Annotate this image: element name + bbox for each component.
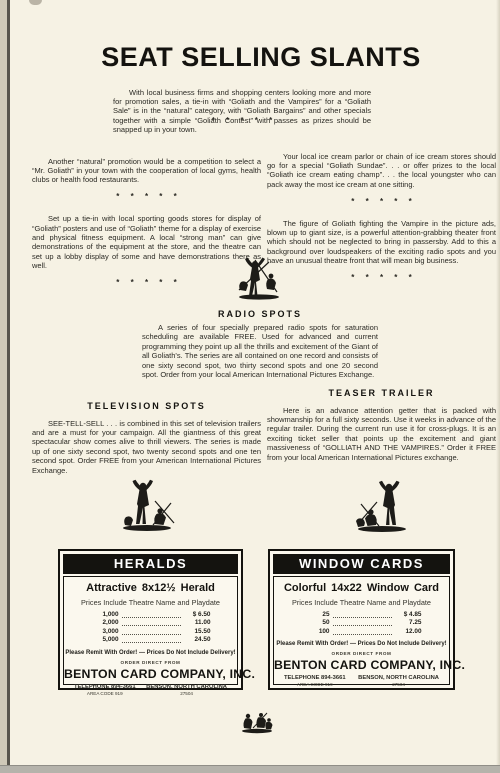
goliath-rock-illustration [267, 479, 496, 540]
heralds-subtitle: Attractive 8x12½ Herald [64, 582, 237, 594]
window-cards-box: WINDOW CARDS Colorful 14x22 Window Card … [268, 549, 455, 690]
area-code: AREA CODE 919 [74, 691, 136, 696]
company-contacts: TELEPHONE 894-3661 AREA CODE 919 BENSON,… [274, 675, 449, 687]
heralds-price-table: 1,000 $ 6.50 2,000 11.00 3,000 15.50 5,0… [91, 611, 211, 645]
price-row: 5,000 24.50 [91, 636, 211, 644]
page-binding-line [7, 0, 10, 773]
price-row: 3,000 15.50 [91, 628, 211, 636]
page-right-shadow [496, 0, 500, 773]
company-name: BENTON CARD COMPANY, INC. [64, 667, 237, 681]
address-block: BENSON, NORTH CAROLINA 27504 [358, 675, 439, 687]
price-quantity: 2,000 [91, 619, 119, 627]
zip-code: 27504 [358, 682, 439, 687]
price-row: 1,000 $ 6.50 [91, 611, 211, 619]
order-direct-label: ORDER DIRECT FROM [274, 651, 449, 656]
price-row: 25 $ 4.85 [302, 611, 422, 619]
scan-smudge [29, 0, 42, 5]
price-quantity: 3,000 [91, 628, 119, 636]
price-quantity: 100 [302, 628, 330, 636]
order-direct-label: ORDER DIRECT FROM [64, 660, 237, 665]
price-row: 2,000 11.00 [91, 619, 211, 627]
telephone-block: TELEPHONE 894-3661 AREA CODE 919 [74, 684, 136, 696]
window-cards-price-note: Prices Include Theatre Name and Playdate [274, 598, 449, 607]
price-value: $ 6.50 [184, 611, 211, 619]
goliath-fight-illustration [32, 479, 261, 540]
dotted-leader [333, 617, 392, 618]
dotted-leader [333, 625, 392, 626]
dotted-leader [122, 617, 181, 618]
remit-notice: Please Remit With Order! — Prices Do Not… [274, 641, 449, 647]
window-cards-box-body: Colorful 14x22 Window Card Prices Includ… [273, 576, 450, 685]
asterisk-separator: * * * * * [32, 192, 261, 201]
company-contacts: TELEPHONE 894-3661 AREA CODE 919 BENSON,… [64, 684, 237, 696]
window-cards-subtitle: Colorful 14x22 Window Card [274, 582, 449, 594]
price-value: 15.50 [184, 628, 211, 636]
heralds-box-body: Attractive 8x12½ Herald Prices Include T… [63, 576, 238, 685]
asterisk-separator: * * * * * [267, 197, 496, 206]
dotted-leader [333, 634, 392, 635]
radio-spots-heading: RADIO SPOTS [80, 309, 440, 319]
asterisk-separator: * * * * * [113, 116, 371, 125]
teaser-trailer-section: TEASER TRAILER Here is an advance attent… [267, 388, 496, 469]
telephone-number: TELEPHONE 894-3661 [74, 684, 136, 690]
window-cards-box-title: WINDOW CARDS [273, 554, 450, 574]
price-value: 11.00 [184, 619, 211, 627]
television-spots-heading: TELEVISION SPOTS [32, 401, 261, 411]
ice-cream-paragraph: Your local ice cream parlor or chain of … [267, 152, 496, 190]
pressbook-page: SEAT SELLING SLANTS With local business … [0, 0, 500, 773]
page-binding-edge [0, 0, 7, 773]
remit-notice: Please Remit With Order! — Prices Do Not… [64, 650, 237, 656]
teaser-trailer-paragraph: Here is an advance attention getter that… [267, 406, 496, 462]
area-code: AREA CODE 919 [284, 682, 346, 687]
price-row: 100 12.00 [302, 628, 422, 636]
price-value: 12.00 [395, 628, 422, 636]
small-battle-illustration [7, 710, 500, 741]
window-cards-price-table: 25 $ 4.85 50 7.25 100 12.00 [302, 611, 422, 636]
dotted-leader [122, 625, 181, 626]
television-spots-paragraph: SEE-TELL-SELL . . . is combined in this … [32, 419, 261, 475]
telephone-number: TELEPHONE 894-3661 [284, 675, 346, 681]
company-name: BENTON CARD COMPANY, INC. [274, 658, 449, 672]
goliath-battle-illustration [225, 289, 295, 306]
company-city: BENSON, NORTH CAROLINA [146, 684, 227, 690]
mr-goliath-paragraph: Another “natural” promotion would be a c… [32, 157, 261, 185]
heralds-price-note: Prices Include Theatre Name and Playdate [64, 598, 237, 607]
company-city: BENSON, NORTH CAROLINA [358, 675, 439, 681]
price-value: 7.25 [395, 619, 422, 627]
teaser-trailer-heading: TEASER TRAILER [267, 388, 496, 398]
price-quantity: 50 [302, 619, 330, 627]
price-value: $ 4.85 [395, 611, 422, 619]
price-quantity: 25 [302, 611, 330, 619]
page-title: SEAT SELLING SLANTS [11, 42, 500, 73]
page-bottom-edge [0, 765, 500, 773]
telephone-block: TELEPHONE 894-3661 AREA CODE 919 [284, 675, 346, 687]
dotted-leader [122, 642, 181, 643]
price-quantity: 1,000 [91, 611, 119, 619]
heralds-box: HERALDS Attractive 8x12½ Herald Prices I… [58, 549, 243, 690]
address-block: BENSON, NORTH CAROLINA 27504 [146, 684, 227, 696]
intro-paragraph: With local business firms and shopping c… [113, 88, 371, 135]
radio-spots-section: RADIO SPOTS A series of four specially p… [80, 256, 440, 379]
zip-code: 27504 [146, 691, 227, 696]
heralds-box-title: HERALDS [63, 554, 238, 574]
radio-spots-paragraph: A series of four specially prepared radi… [142, 323, 378, 379]
price-quantity: 5,000 [91, 636, 119, 644]
price-row: 50 7.25 [302, 619, 422, 627]
television-spots-section: TELEVISION SPOTS SEE-TELL-SELL . . . is … [32, 401, 261, 482]
price-value: 24.50 [184, 636, 211, 644]
dotted-leader [122, 634, 181, 635]
